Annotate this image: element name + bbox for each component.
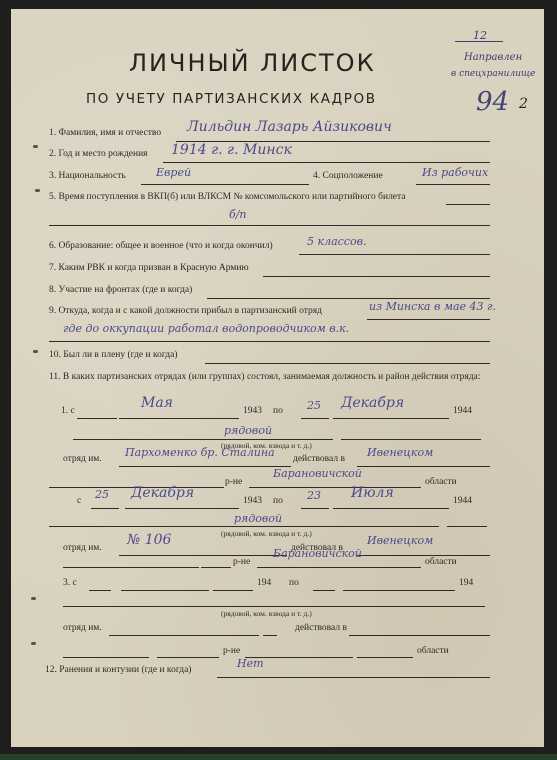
field-value-arrival-line1: из Минска в мае 43 г. bbox=[369, 300, 496, 313]
field-line bbox=[77, 418, 117, 419]
field-label-wounds: 12. Ранения и контузии (где и когда) bbox=[45, 665, 191, 675]
field-line bbox=[249, 487, 421, 488]
field-line bbox=[217, 677, 490, 678]
punch-mark bbox=[33, 350, 38, 353]
entry2-from-day: 25 bbox=[95, 488, 109, 501]
scan-background-strip bbox=[0, 754, 557, 760]
entry3-detachment-label: отряд им. bbox=[63, 623, 102, 633]
field-line bbox=[357, 555, 490, 556]
field-line bbox=[357, 466, 490, 467]
entry1-from-year: 1943 bbox=[243, 406, 262, 416]
field-value-party-membership: б/п bbox=[229, 208, 247, 221]
entry2-to-day: 23 bbox=[307, 489, 321, 502]
field-line bbox=[63, 657, 149, 658]
field-line bbox=[49, 341, 490, 342]
entry3-to-year: 194 bbox=[459, 578, 473, 588]
field-line bbox=[416, 184, 490, 185]
field-value-full-name: Лильдин Лазарь Айзикович bbox=[187, 119, 392, 135]
entry1-to-day: 25 bbox=[307, 399, 321, 412]
punch-mark bbox=[35, 189, 40, 192]
field-line bbox=[119, 466, 291, 467]
entry2-from-month: Декабря bbox=[131, 485, 194, 501]
document-subtitle: ПО УЧЕТУ ПАРТИЗАНСКИХ КАДРОВ bbox=[86, 91, 377, 107]
field-label-army-draft: 7. Каким РВК и когда призван в Красную А… bbox=[49, 263, 249, 273]
corner-note-line2: в спецхранилище bbox=[451, 69, 535, 79]
field-label-detachments: 11. В каких партизанских отрядах (или гр… bbox=[49, 371, 494, 384]
entry1-district: Барановичской bbox=[273, 467, 362, 480]
entry3-to-label: по bbox=[289, 578, 299, 588]
entry2-region-label: области bbox=[425, 557, 457, 567]
entry1-to-year: 1944 bbox=[453, 406, 472, 416]
entry1-index: 1. с bbox=[61, 406, 75, 416]
entry2-detachment: № 106 bbox=[127, 532, 171, 548]
entry3-from-year: 194 bbox=[257, 578, 271, 588]
punch-mark bbox=[31, 597, 36, 600]
field-label-nationality: 3. Национальность bbox=[49, 171, 126, 181]
field-line bbox=[89, 590, 111, 591]
entry1-to-label: по bbox=[273, 406, 283, 416]
entry2-district: Барановичской bbox=[273, 547, 362, 560]
entry3-district-label: р-не bbox=[223, 646, 240, 656]
field-line bbox=[367, 319, 490, 320]
entry1-acted-in: Ивенецком bbox=[367, 446, 433, 459]
field-line bbox=[121, 590, 209, 591]
field-line bbox=[201, 567, 231, 568]
field-label-party-membership: 5. Время поступления в ВКП(б) или ВЛКСМ … bbox=[49, 192, 406, 202]
corner-note-line1: Направлен bbox=[464, 52, 522, 63]
personal-record-sheet: ЛИЧНЫЙ ЛИСТОК ПО УЧЕТУ ПАРТИЗАНСКИХ КАДР… bbox=[11, 9, 544, 747]
field-line bbox=[49, 225, 490, 226]
sheet-number-suffix: 2 bbox=[519, 96, 528, 112]
entry3-position-note: (рядовой, ком. взвода и т. д.) bbox=[221, 609, 312, 618]
field-line bbox=[109, 635, 259, 636]
field-value-arrival-line2: где до оккупации работал водопроводчиком… bbox=[63, 322, 349, 335]
field-line bbox=[301, 418, 329, 419]
entry2-detachment-label: отряд им. bbox=[63, 543, 102, 553]
punch-mark bbox=[33, 145, 38, 148]
field-line bbox=[157, 657, 219, 658]
field-line bbox=[125, 508, 239, 509]
entry3-index: 3. с bbox=[63, 578, 77, 588]
field-line bbox=[299, 254, 490, 255]
field-line bbox=[333, 508, 449, 509]
field-line bbox=[119, 418, 239, 419]
field-value-education: 5 классов. bbox=[307, 235, 366, 248]
field-line bbox=[263, 276, 490, 277]
field-line bbox=[207, 298, 490, 299]
field-line bbox=[257, 567, 421, 568]
field-line bbox=[447, 526, 487, 527]
corner-underline bbox=[455, 41, 503, 42]
field-line bbox=[301, 508, 329, 509]
field-value-nationality: Еврей bbox=[156, 166, 191, 179]
field-label-captivity: 10. Был ли в плену (где и когда) bbox=[49, 350, 178, 360]
field-line bbox=[263, 635, 277, 636]
field-line bbox=[141, 184, 309, 185]
entry1-region-label: области bbox=[425, 477, 457, 487]
entry2-district-label: р-не bbox=[233, 557, 250, 567]
entry2-to-month: Июля bbox=[351, 485, 394, 501]
entry2-position: рядовой bbox=[234, 512, 282, 525]
field-label-education: 6. Образование: общее и военное (что и к… bbox=[49, 241, 273, 251]
field-line bbox=[163, 162, 490, 163]
entry2-position-note: (рядовой, ком. взвода и т. д.) bbox=[221, 529, 312, 538]
field-line bbox=[343, 590, 455, 591]
entry2-index: с bbox=[77, 496, 81, 506]
sheet-number: 94 bbox=[476, 87, 509, 117]
field-label-full-name: 1. Фамилия, имя и отчество bbox=[49, 128, 161, 138]
field-line bbox=[446, 204, 490, 205]
field-label-birth: 2. Год и место рождения bbox=[49, 149, 148, 159]
field-label-arrival: 9. Откуда, когда и с какой должности при… bbox=[49, 306, 322, 316]
punch-mark bbox=[31, 642, 36, 645]
entry1-detachment-label: отряд им. bbox=[63, 454, 102, 464]
field-label-front-participation: 8. Участие на фронтах (где и когда) bbox=[49, 285, 192, 295]
field-line bbox=[119, 555, 287, 556]
field-value-wounds: Нет bbox=[237, 657, 264, 670]
entry1-from-month: Мая bbox=[141, 395, 173, 411]
field-line bbox=[313, 590, 335, 591]
field-line bbox=[63, 606, 485, 607]
entry3-region-label: области bbox=[417, 646, 449, 656]
entry3-acted-label: действовал в bbox=[295, 623, 347, 633]
entry1-detachment: Пархоменко бр. Сталина bbox=[125, 446, 275, 459]
field-line bbox=[91, 508, 119, 509]
field-line bbox=[349, 635, 490, 636]
field-line bbox=[49, 526, 439, 527]
document-title: ЛИЧНЫЙ ЛИСТОК bbox=[129, 49, 376, 77]
field-line bbox=[357, 657, 413, 658]
entry1-to-month: Декабря bbox=[341, 395, 404, 411]
field-value-birth: 1914 г. г. Минск bbox=[171, 142, 292, 158]
field-line bbox=[205, 363, 490, 364]
field-line bbox=[63, 567, 199, 568]
field-line bbox=[213, 590, 253, 591]
field-value-social-status: Из рабочих bbox=[422, 166, 488, 179]
entry2-to-label: по bbox=[273, 496, 283, 506]
entry1-acted-label: действовал в bbox=[293, 454, 345, 464]
entry1-district-label: р-не bbox=[225, 477, 242, 487]
field-line bbox=[341, 439, 481, 440]
field-line bbox=[333, 418, 449, 419]
entry2-from-year: 1943 bbox=[243, 496, 262, 506]
entry2-acted-in: Ивенецком bbox=[367, 534, 433, 547]
entry1-position: рядовой bbox=[224, 424, 272, 437]
field-label-social-status: 4. Соцположение bbox=[313, 171, 383, 181]
field-line bbox=[73, 439, 333, 440]
entry2-to-year: 1944 bbox=[453, 496, 472, 506]
